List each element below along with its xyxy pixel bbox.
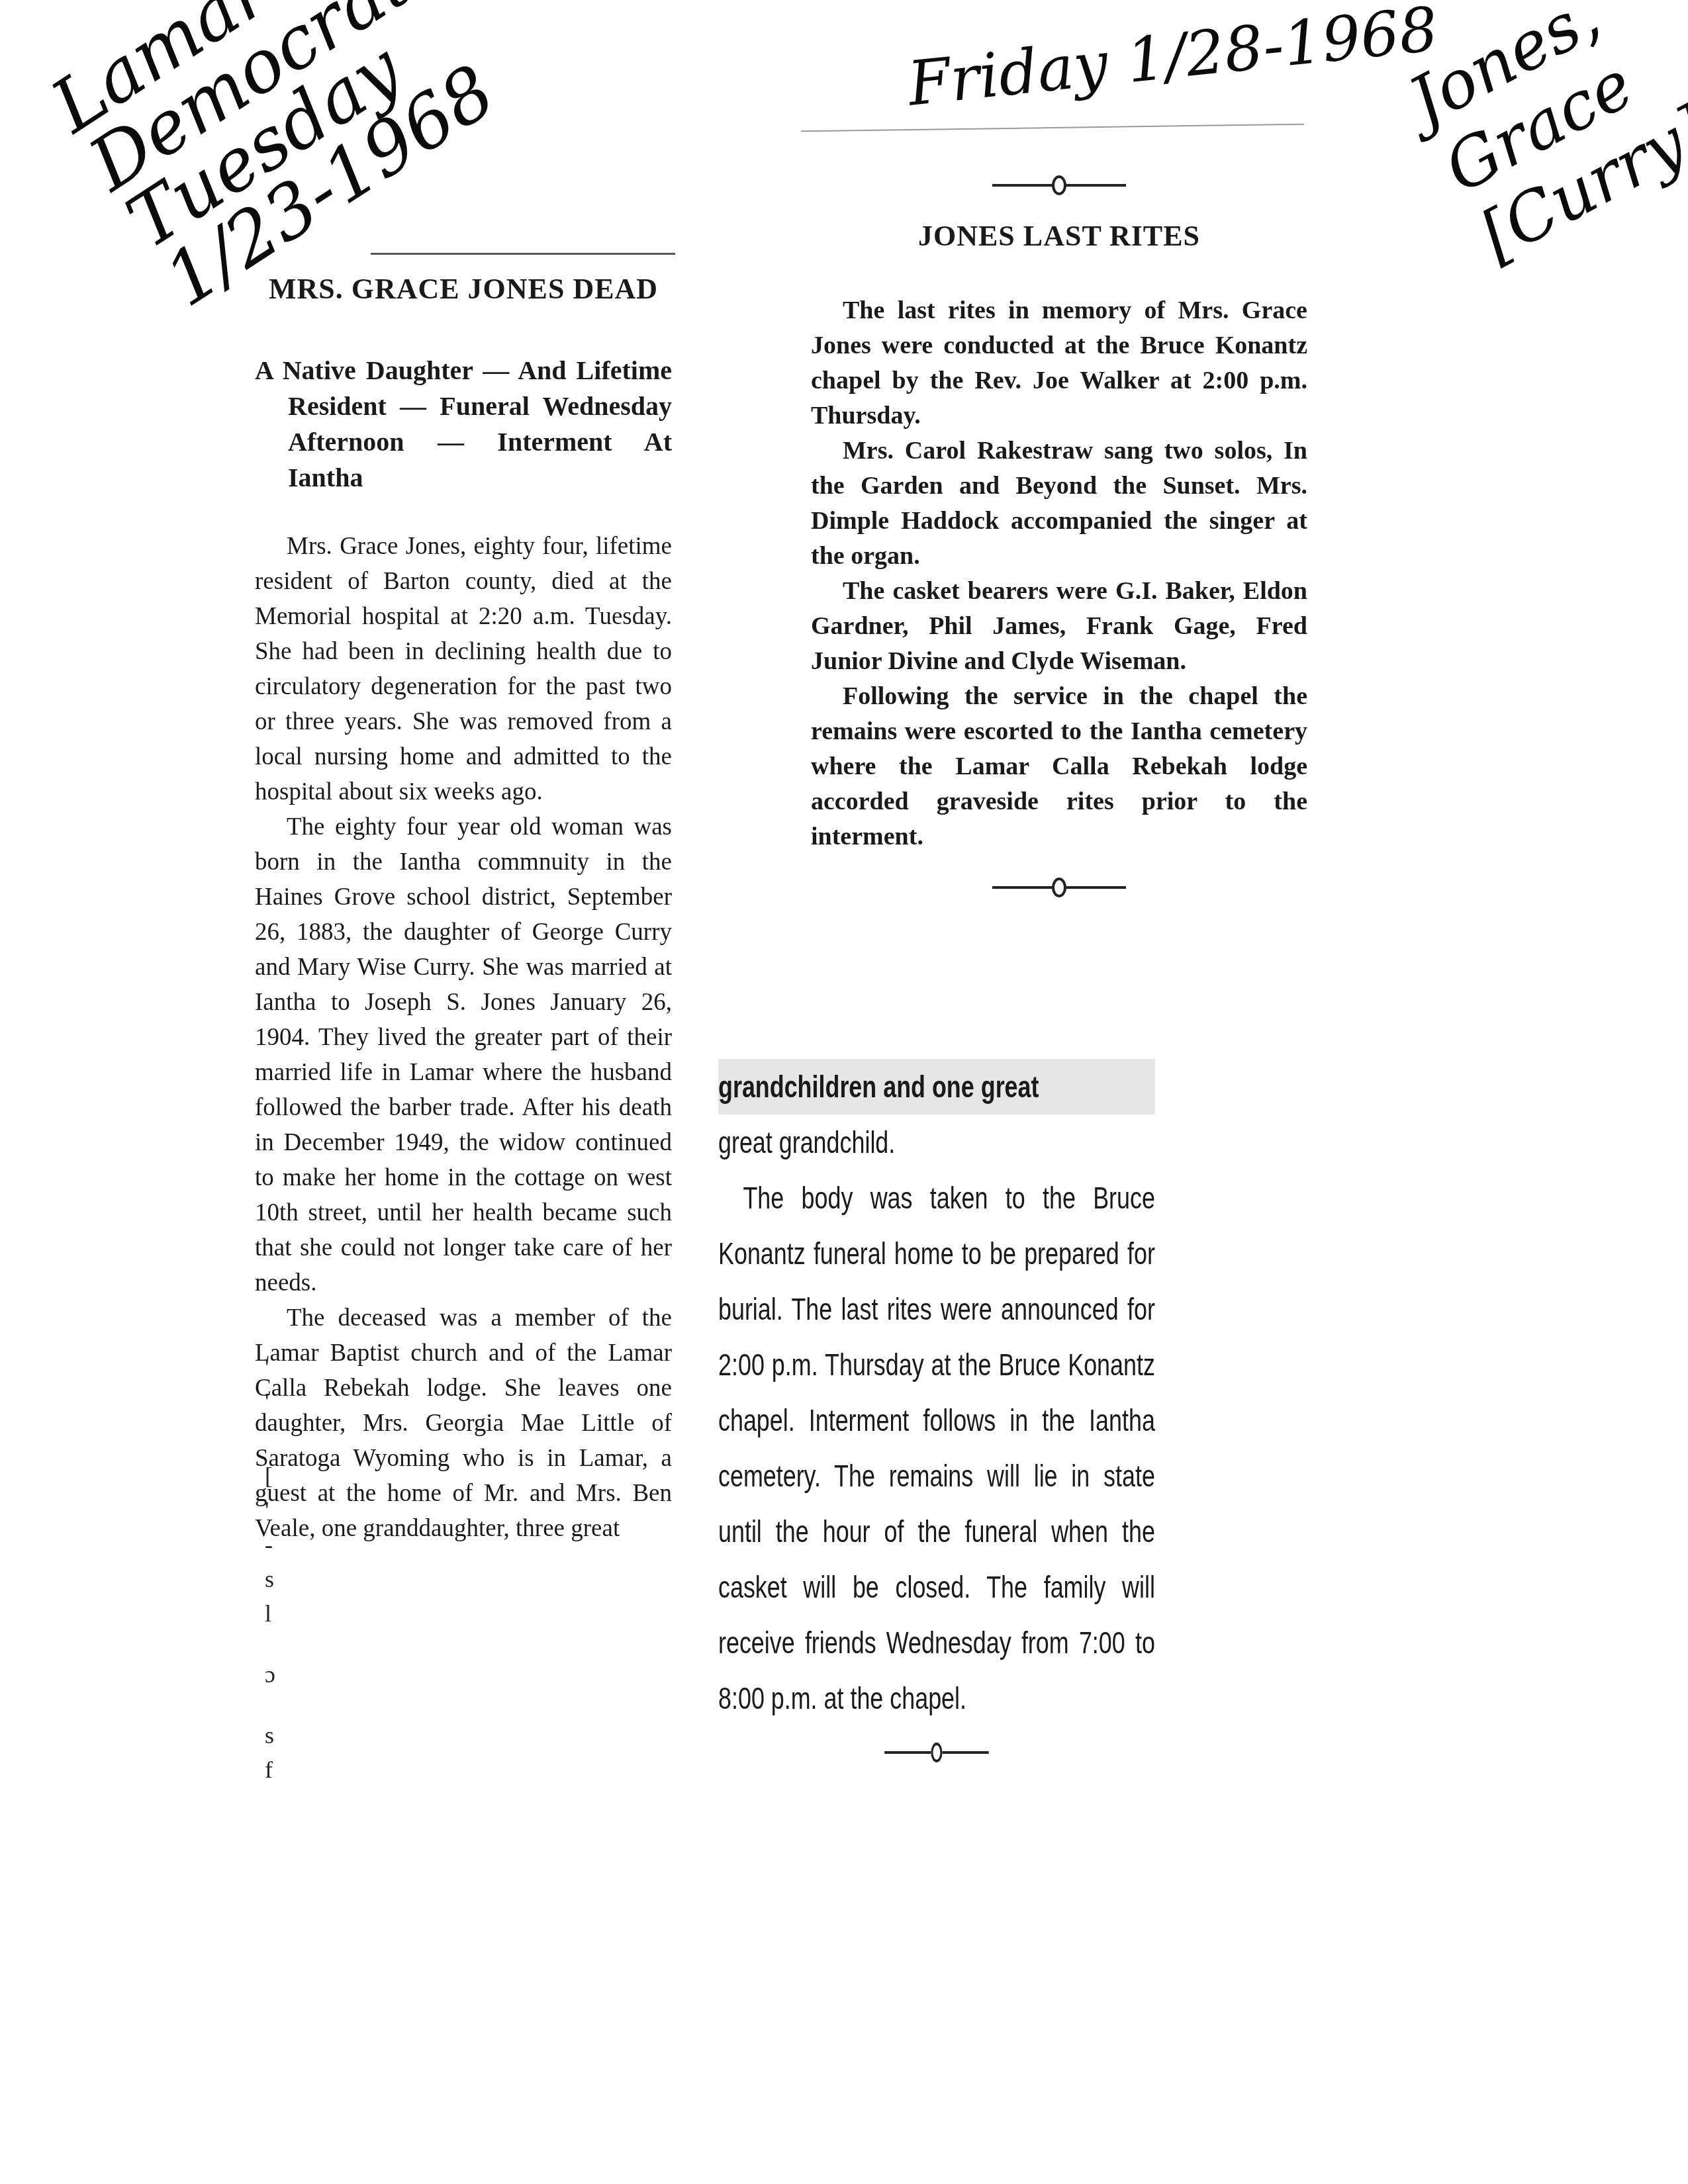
last-rites-headline: JONES LAST RITES	[811, 218, 1307, 253]
fragment: s	[265, 1718, 285, 1752]
ornament-divider	[811, 874, 1307, 901]
continuation-paragraph: The body was taken to the Bruce Konantz …	[718, 1170, 1155, 1726]
clipping-edge	[371, 253, 675, 255]
fragment: '	[265, 1350, 285, 1385]
fragment: '	[265, 1385, 285, 1419]
ornament-divider	[718, 1739, 1155, 1766]
handwritten-newspaper-note: Lamar Democrat Tuesday 1/23-1968	[41, 0, 592, 316]
fragment: s	[265, 1562, 285, 1596]
handwritten-name-note: Jones, Grace [Curry]	[1397, 0, 1688, 275]
fragment: l	[265, 1596, 285, 1631]
obituary-paragraph: The deceased was a member of the Lamar B…	[255, 1300, 672, 1546]
fragment: ɔ	[265, 1657, 285, 1692]
fragment: -	[265, 1527, 285, 1562]
clipping-edge	[801, 124, 1304, 132]
last-rites-paragraph: The casket bearers were G.I. Baker, Eldo…	[811, 574, 1307, 679]
handwritten-date-note: Friday 1/28-1968	[905, 0, 1440, 115]
fragment: '	[265, 1493, 285, 1527]
obituary-headline: MRS. GRACE JONES DEAD	[255, 271, 672, 306]
obituary-continuation: grandchildren and one great great grandc…	[718, 1059, 1155, 1766]
ornament-divider	[811, 172, 1307, 199]
continuation-first-line: great grandchild.	[718, 1115, 1155, 1170]
obituary-paragraph: Mrs. Grace Jones, eighty four, lifetime …	[255, 529, 672, 809]
obituary-deck: A Native Daughter — And Lifetime Residen…	[288, 353, 672, 496]
last-rites-paragraph: The last rites in memory of Mrs. Grace J…	[811, 293, 1307, 433]
obituary-paragraph: The eighty four year old woman was born …	[255, 809, 672, 1300]
last-rites-paragraph: Following the service in the chapel the …	[811, 679, 1307, 854]
fragment: f	[265, 1752, 285, 1787]
last-rites-paragraph: Mrs. Carol Rakestraw sang two solos, In …	[811, 433, 1307, 574]
torn-margin-fragments: ' ' [ ' - s l ɔ s f	[265, 1350, 285, 1787]
last-rites-article: JONES LAST RITES The last rites in memor…	[811, 172, 1307, 901]
obituary-article: MRS. GRACE JONES DEAD A Native Daughter …	[255, 271, 672, 1546]
fragment: [	[265, 1459, 285, 1493]
continuation-grey-line: grandchildren and one great	[718, 1059, 1155, 1115]
